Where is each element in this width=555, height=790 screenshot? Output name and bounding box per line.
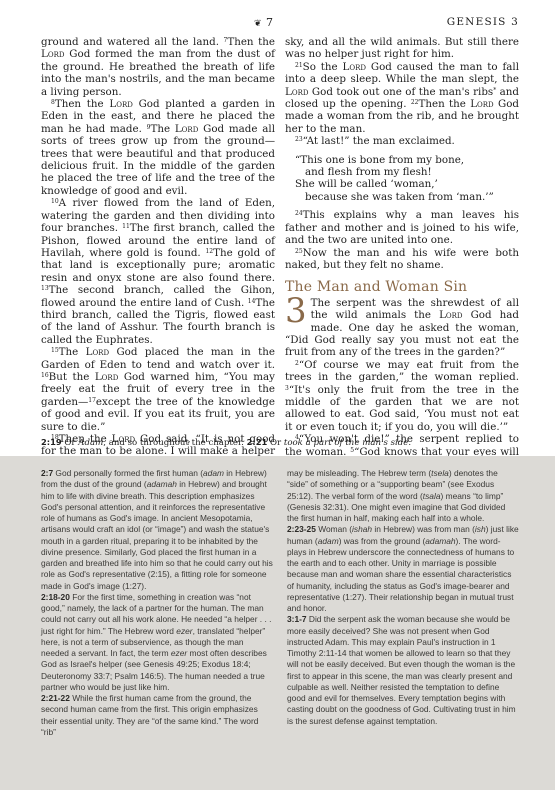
poetry-block: “This one is bone from my bone, and fles… bbox=[295, 154, 519, 204]
paragraph: 15The Lord God placed the man in the Gar… bbox=[41, 346, 275, 433]
chapter-start: 3The serpent was the shrewdest of all th… bbox=[285, 297, 519, 359]
study-note-ref: 2:18-20 bbox=[41, 592, 70, 602]
paragraph: ground and watered all the land. 7Then t… bbox=[41, 36, 275, 98]
study-note-ref: 3:1-7 bbox=[287, 614, 307, 624]
footnote-ref: 2:19 bbox=[41, 437, 62, 447]
paragraph: 10A river flowed from the land of Eden, … bbox=[41, 197, 275, 346]
section-heading: The Man and Woman Sin bbox=[285, 281, 519, 293]
paragraph: 8Then the Lord God planted a garden in E… bbox=[41, 98, 275, 197]
footnotes: 2:19 Or Adam, and so throughout the chap… bbox=[41, 437, 519, 449]
running-head: GENESIS 3 bbox=[447, 16, 519, 28]
paragraph: 24This explains why a man leaves his fat… bbox=[285, 209, 519, 246]
chapter-number-dropcap: 3 bbox=[285, 298, 307, 324]
study-note: 2:23-25 Woman (ishah in Hebrew) was from… bbox=[287, 524, 519, 614]
poetry-line: She will be called ‘woman,’ bbox=[295, 178, 519, 190]
study-notes-column-left: 2:7 God personally formed the first huma… bbox=[41, 468, 273, 738]
study-note-ref: 2:21-22 bbox=[41, 693, 70, 703]
paragraph: 21So the Lord God caused the man to fall… bbox=[285, 61, 519, 135]
study-note: 2:7 God personally formed the first huma… bbox=[41, 468, 273, 592]
study-note: may be misleading. The Hebrew term (tsel… bbox=[287, 468, 519, 524]
footnote-ref: 2:21 bbox=[247, 437, 268, 447]
page-header: ❦7 GENESIS 3 bbox=[0, 16, 555, 32]
study-note: 3:1-7 Did the serpent ask the woman beca… bbox=[287, 614, 519, 727]
study-notes: 2:7 God personally formed the first huma… bbox=[41, 468, 519, 738]
study-notes-column-right: may be misleading. The Hebrew term (tsel… bbox=[287, 468, 519, 738]
page-number: ❦7 bbox=[254, 16, 274, 29]
paragraph: 2“Of course we may eat fruit from the tr… bbox=[285, 359, 519, 433]
paragraph: 23“At last!” the man exclaimed. bbox=[285, 135, 519, 147]
paragraph: 25Now the man and his wife were both nak… bbox=[285, 247, 519, 272]
study-note-ref: 2:7 bbox=[41, 468, 53, 478]
paragraph: sky, and all the wild animals. But still… bbox=[285, 36, 519, 61]
study-note: 2:18-20 For the first time, something in… bbox=[41, 592, 273, 693]
poetry-line: and flesh from my flesh! bbox=[295, 166, 519, 178]
study-note-ref: 2:23-25 bbox=[287, 524, 316, 534]
page-number-text: 7 bbox=[266, 16, 274, 29]
poetry-line: “This one is bone from my bone, bbox=[295, 154, 519, 166]
fleuron-icon: ❦ bbox=[254, 19, 262, 29]
study-note: 2:21-22 While the first human came from … bbox=[41, 693, 273, 738]
poetry-line: because she was taken from ‘man.’” bbox=[295, 191, 519, 203]
lord-smallcaps: Lord bbox=[41, 48, 64, 60]
